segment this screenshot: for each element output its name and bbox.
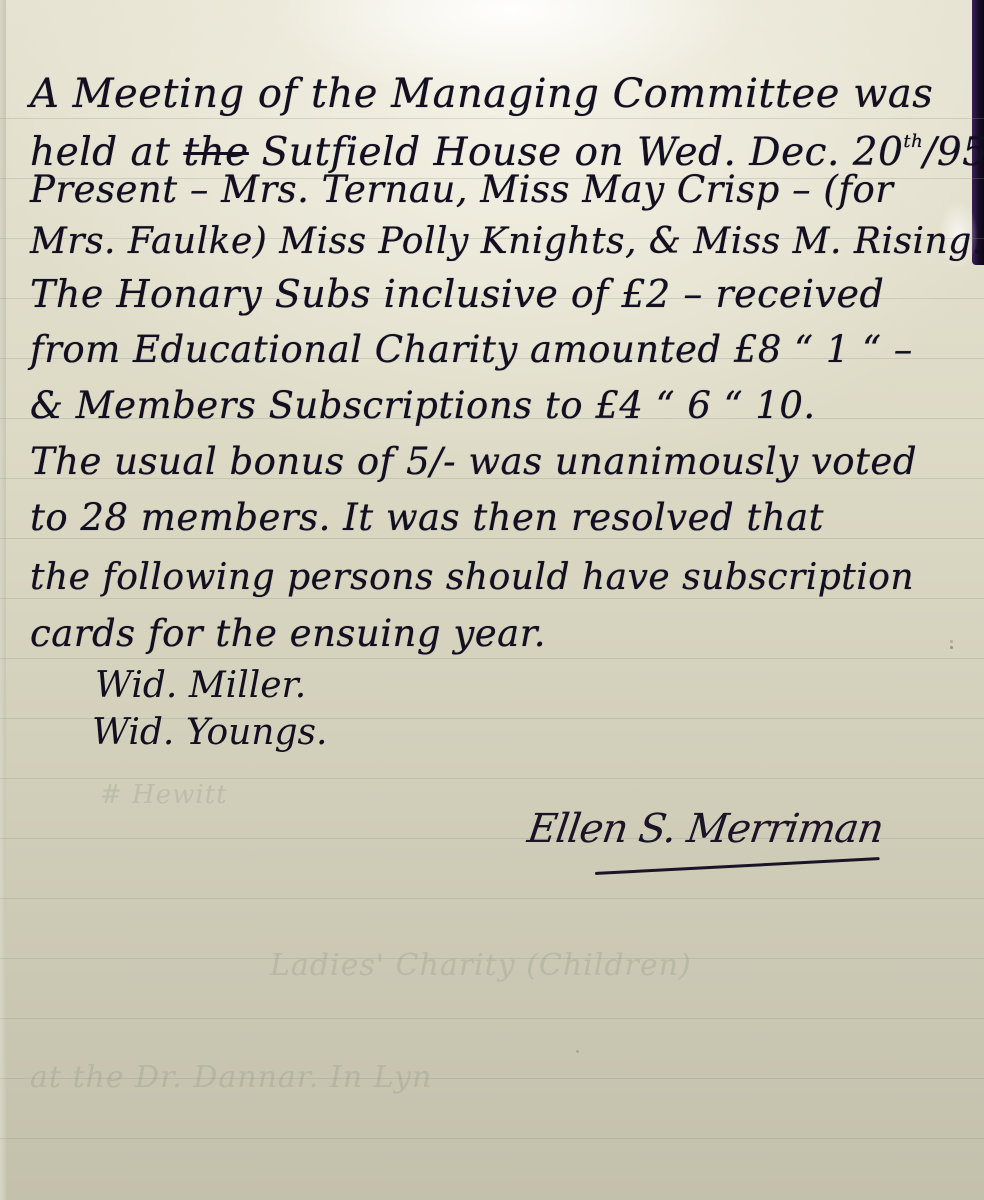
ruled-line — [0, 1018, 984, 1019]
text-line: The usual bonus of 5/- was unanimously v… — [30, 440, 917, 484]
page-left-edge — [0, 0, 6, 1200]
handwritten-page: # Hewitt Ladies' Charity (Children) at t… — [0, 0, 984, 1200]
paper-speck — [950, 646, 953, 649]
signature-underline — [595, 857, 880, 875]
show-through-text: # Hewitt — [100, 780, 228, 810]
text-line: cards for the ensuing year. — [30, 612, 546, 656]
ruled-line — [0, 1138, 984, 1139]
text-line: Present – Mrs. Ternau, Miss May Crisp – … — [30, 168, 893, 212]
show-through-text: Ladies' Charity (Children) — [270, 948, 692, 983]
text-line: the following persons should have subscr… — [30, 556, 914, 600]
list-item: Wid. Youngs. — [92, 712, 327, 753]
paper-speck — [576, 1050, 579, 1053]
date-superscript: th — [903, 131, 923, 152]
text-line: from Educational Charity amounted £8 “ 1… — [30, 328, 913, 372]
text-line: The Honary Subs inclusive of £2 – receiv… — [30, 272, 884, 316]
signature: Ellen S. Merriman — [525, 806, 886, 852]
ruled-line — [0, 658, 984, 659]
text-line: A Meeting of the Managing Committee was — [30, 72, 933, 116]
show-through-text: at the Dr. Dannar. In Lyn — [30, 1060, 432, 1095]
ruled-line — [0, 118, 984, 119]
ruled-line — [0, 898, 984, 899]
text-line: held at the Sutfield House on Wed. Dec. … — [30, 120, 984, 175]
text-fragment: /95 — [923, 130, 984, 175]
text-line: & Members Subscriptions to £4 “ 6 “ 10. — [30, 384, 816, 428]
paper-speck — [950, 640, 953, 643]
text-line: to 28 members. It was then resolved that — [30, 496, 824, 540]
list-item: Wid. Miller. — [95, 665, 306, 706]
text-line: Mrs. Faulke) Miss Polly Knights, & Miss … — [30, 220, 984, 264]
ruled-line — [0, 778, 984, 779]
